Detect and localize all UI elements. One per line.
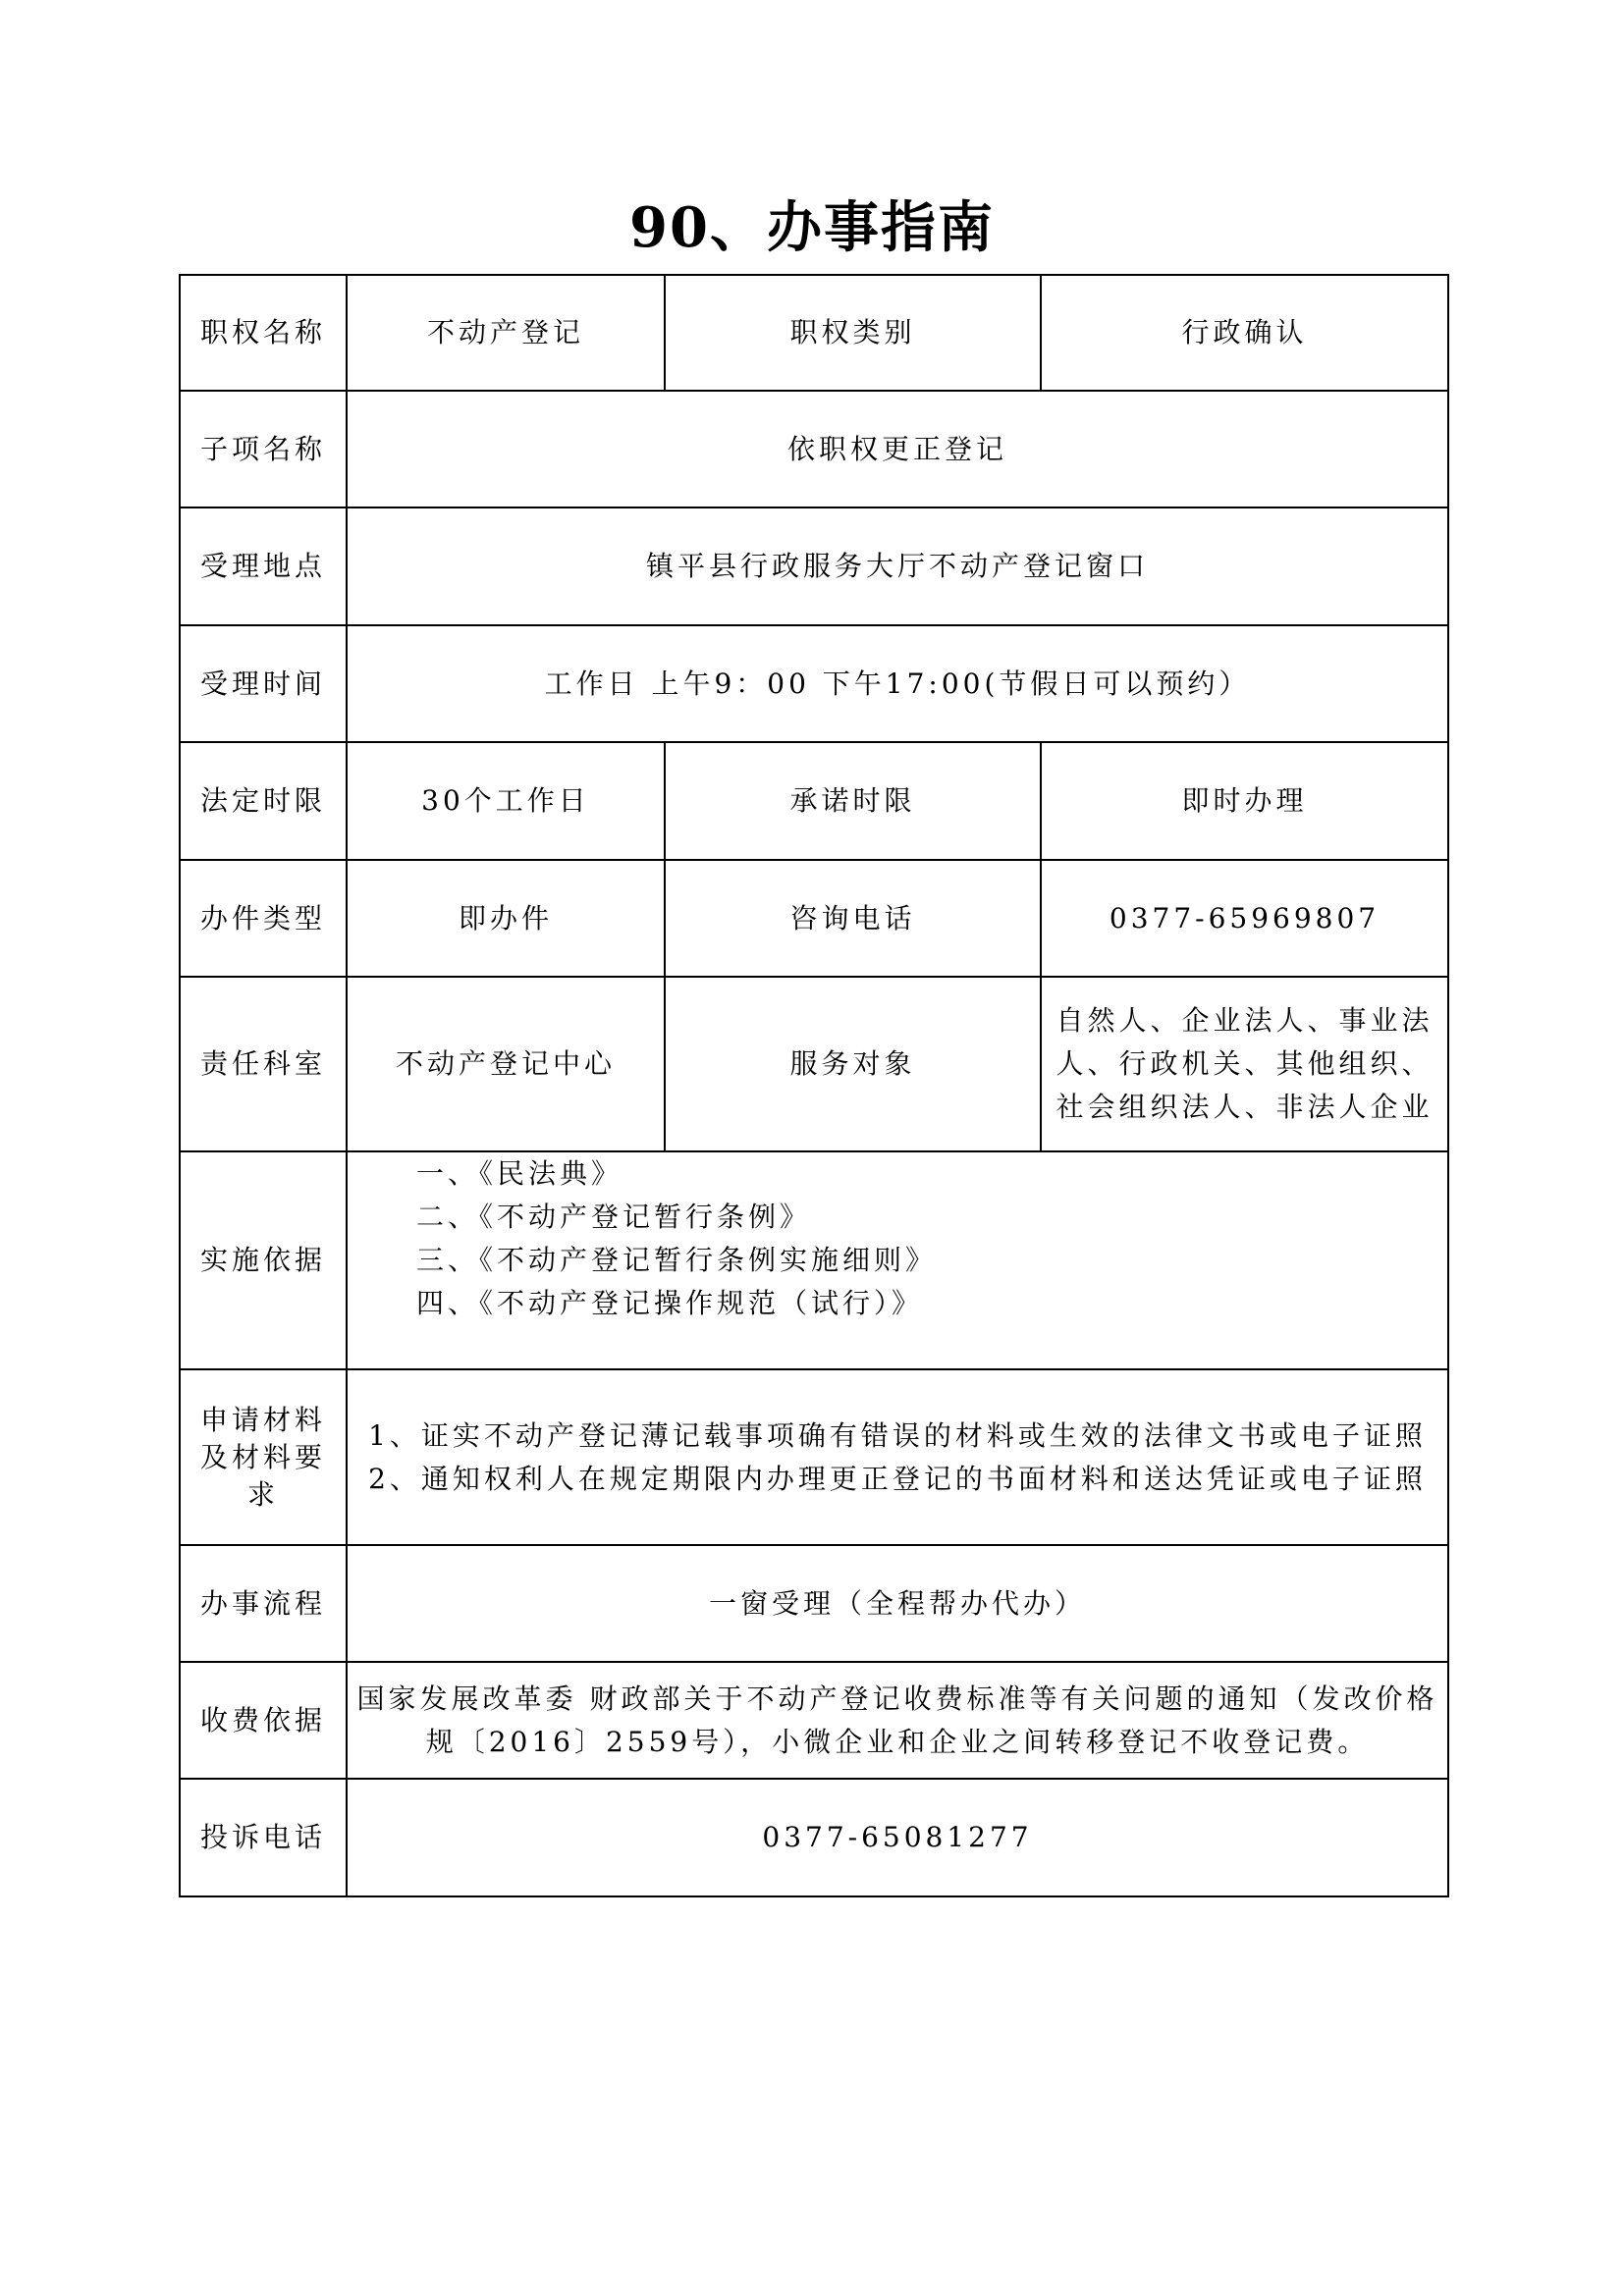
label-materials: 申请材料及材料要求 <box>180 1369 347 1545</box>
value-authority-category: 行政确认 <box>1041 275 1448 391</box>
label-location: 受理地点 <box>180 507 347 625</box>
row-hours: 受理时间 工作日 上午9：00 下午17:00(节假日可以预约） <box>180 625 1448 742</box>
row-basis: 实施依据 一、《民法典》 二、《不动产登记暂行条例》 三、《不动产登记暂行条例实… <box>180 1151 1448 1369</box>
label-consult-phone: 咨询电话 <box>665 860 1041 977</box>
value-service-object: 自然人、企业法人、事业法人、行政机关、其他组织、社会组织法人、非法人企业 <box>1041 977 1448 1151</box>
basis-item: 四、《不动产登记操作规范（试行）》 <box>416 1282 1447 1325</box>
row-fee-basis: 收费依据 国家发展改革委 财政部关于不动产登记收费标准等有关问题的通知（发改价格… <box>180 1662 1448 1779</box>
label-complaint-phone: 投诉电话 <box>180 1779 347 1896</box>
material-item: 1、证实不动产登记薄记载事项确有错误的材料或生效的法律文书或电子证照 <box>348 1415 1447 1458</box>
label-basis: 实施依据 <box>180 1151 347 1369</box>
basis-item: 二、《不动产登记暂行条例》 <box>416 1196 1447 1239</box>
value-sub-item: 依职权更正登记 <box>347 391 1448 507</box>
value-complaint-phone: 0377-65081277 <box>347 1779 1448 1896</box>
value-consult-phone: 0377-65969807 <box>1041 860 1448 977</box>
service-guide-table: 职权名称 不动产登记 职权类别 行政确认 子项名称 依职权更正登记 受理地点 镇… <box>179 274 1449 1897</box>
basis-item: 三、《不动产登记暂行条例实施细则》 <box>416 1239 1447 1282</box>
label-promised-time-limit: 承诺时限 <box>665 742 1041 860</box>
value-authority-name: 不动产登记 <box>347 275 665 391</box>
value-department: 不动产登记中心 <box>347 977 665 1151</box>
label-process: 办事流程 <box>180 1545 347 1662</box>
label-case-type: 办件类型 <box>180 860 347 977</box>
label-authority-name: 职权名称 <box>180 275 347 391</box>
basis-item: 一、《民法典》 <box>416 1152 1447 1196</box>
row-time-limit: 法定时限 30个工作日 承诺时限 即时办理 <box>180 742 1448 860</box>
row-sub-item: 子项名称 依职权更正登记 <box>180 391 1448 507</box>
row-department: 责任科室 不动产登记中心 服务对象 自然人、企业法人、事业法人、行政机关、其他组… <box>180 977 1448 1151</box>
value-process: 一窗受理（全程帮办代办） <box>347 1545 1448 1662</box>
label-legal-time-limit: 法定时限 <box>180 742 347 860</box>
page-title: 90、办事指南 <box>0 192 1624 263</box>
label-authority-category: 职权类别 <box>665 275 1041 391</box>
row-process: 办事流程 一窗受理（全程帮办代办） <box>180 1545 1448 1662</box>
value-fee-basis: 国家发展改革委 财政部关于不动产登记收费标准等有关问题的通知（发改价格规〔201… <box>347 1662 1448 1779</box>
value-case-type: 即办件 <box>347 860 665 977</box>
basis-list: 一、《民法典》 二、《不动产登记暂行条例》 三、《不动产登记暂行条例实施细则》 … <box>348 1152 1447 1325</box>
label-hours: 受理时间 <box>180 625 347 742</box>
value-basis: 一、《民法典》 二、《不动产登记暂行条例》 三、《不动产登记暂行条例实施细则》 … <box>347 1151 1448 1369</box>
value-legal-time-limit: 30个工作日 <box>347 742 665 860</box>
label-sub-item: 子项名称 <box>180 391 347 507</box>
material-item: 2、通知权利人在规定期限内办理更正登记的书面材料和送达凭证或电子证照 <box>348 1458 1447 1501</box>
label-department: 责任科室 <box>180 977 347 1151</box>
row-complaint: 投诉电话 0377-65081277 <box>180 1779 1448 1896</box>
row-authority-name: 职权名称 不动产登记 职权类别 行政确认 <box>180 275 1448 391</box>
row-materials: 申请材料及材料要求 1、证实不动产登记薄记载事项确有错误的材料或生效的法律文书或… <box>180 1369 1448 1545</box>
row-case-type: 办件类型 即办件 咨询电话 0377-65969807 <box>180 860 1448 977</box>
row-location: 受理地点 镇平县行政服务大厅不动产登记窗口 <box>180 507 1448 625</box>
label-service-object: 服务对象 <box>665 977 1041 1151</box>
label-fee-basis: 收费依据 <box>180 1662 347 1779</box>
value-hours: 工作日 上午9：00 下午17:00(节假日可以预约） <box>347 625 1448 742</box>
value-materials: 1、证实不动产登记薄记载事项确有错误的材料或生效的法律文书或电子证照 2、通知权… <box>347 1369 1448 1545</box>
value-promised-time-limit: 即时办理 <box>1041 742 1448 860</box>
value-location: 镇平县行政服务大厅不动产登记窗口 <box>347 507 1448 625</box>
